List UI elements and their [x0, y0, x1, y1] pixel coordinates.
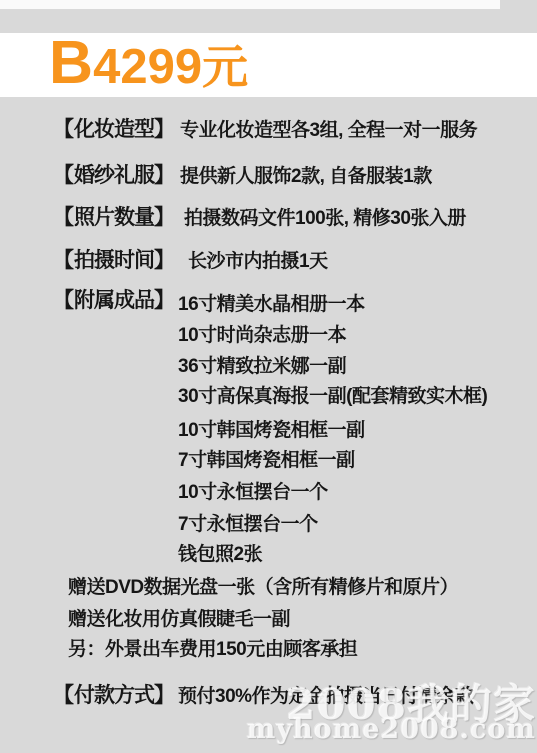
spec-label: 婚纱礼服 [74, 164, 154, 187]
spec-value: 长沙市内拍摄1天 [188, 251, 328, 272]
spec-value: 拍摄数码文件100张, 精修30张入册 [184, 208, 466, 229]
spec-label: 附属成品 [74, 289, 154, 312]
note-line-travel-fee: 另：外景出车费用150元由顾客承担 [68, 639, 357, 661]
bracket-close: 】 [154, 118, 175, 142]
title-band: B4299元 [0, 33, 537, 97]
bracket-close: 】 [154, 206, 175, 230]
bonus-line-eyelashes: 赠送化妆用仿真假睫毛一副 [68, 609, 290, 631]
deliverable-item: 16寸精美水晶相册一本 [178, 294, 365, 316]
package-code: B [49, 28, 93, 96]
bracket-open: 【 [53, 289, 74, 313]
bracket-close: 】 [154, 164, 175, 188]
spec-value: 提供新人服饰2款, 自备服装1款 [180, 166, 432, 187]
bracket-open: 【 [53, 206, 74, 230]
scan-edge-strip [0, 0, 500, 9]
deliverable-item: 10寸永恒摆台一个 [178, 482, 328, 504]
spec-label: 付款方式 [74, 684, 154, 707]
spec-row-photo-count: 【照片数量】拍摄数码文件100张, 精修30张入册 [53, 206, 466, 230]
spec-value: 专业化妆造型各3组, 全程一对一服务 [180, 120, 477, 141]
watermark-site-url: myhome2008.com [247, 714, 536, 745]
wedding-package-price-sheet: B4299元 【化妆造型】专业化妆造型各3组, 全程一对一服务 【婚纱礼服】提供… [0, 0, 537, 753]
deliverable-item: 36寸精致拉米娜一副 [178, 356, 346, 378]
deliverable-item: 7寸韩国烤瓷相框一副 [178, 450, 355, 472]
bonus-line-dvd: 赠送DVD数据光盘一张（含所有精修片和原片） [68, 577, 458, 599]
spec-row-makeup: 【化妆造型】专业化妆造型各3组, 全程一对一服务 [53, 118, 477, 142]
deliverable-item: 30寸高保真海报一副(配套精致实木框) [178, 386, 487, 408]
deliverable-item: 10寸韩国烤瓷相框一副 [178, 420, 365, 442]
bracket-close: 】 [154, 289, 175, 313]
price-amount: 4299 [93, 40, 202, 94]
spec-row-shoot-time: 【拍摄时间】长沙市内拍摄1天 [53, 249, 328, 273]
bracket-open: 【 [53, 249, 74, 273]
bracket-open: 【 [53, 684, 74, 708]
bracket-open: 【 [53, 118, 74, 142]
spec-label: 化妆造型 [74, 118, 154, 141]
spec-row-deliverables-label: 【附属成品】 [53, 289, 175, 313]
package-price: B4299元 [49, 32, 248, 93]
spec-label: 拍摄时间 [74, 249, 154, 272]
spec-row-dress: 【婚纱礼服】提供新人服饰2款, 自备服装1款 [53, 164, 432, 188]
bracket-open: 【 [53, 164, 74, 188]
deliverable-item: 钱包照2张 [178, 544, 262, 566]
bracket-close: 】 [154, 249, 175, 273]
price-currency: 元 [202, 41, 248, 93]
spec-label: 照片数量 [74, 206, 154, 229]
deliverable-item: 7寸永恒摆台一个 [178, 514, 318, 536]
bracket-close: 】 [154, 684, 175, 708]
deliverable-item: 10寸时尚杂志册一本 [178, 325, 346, 347]
